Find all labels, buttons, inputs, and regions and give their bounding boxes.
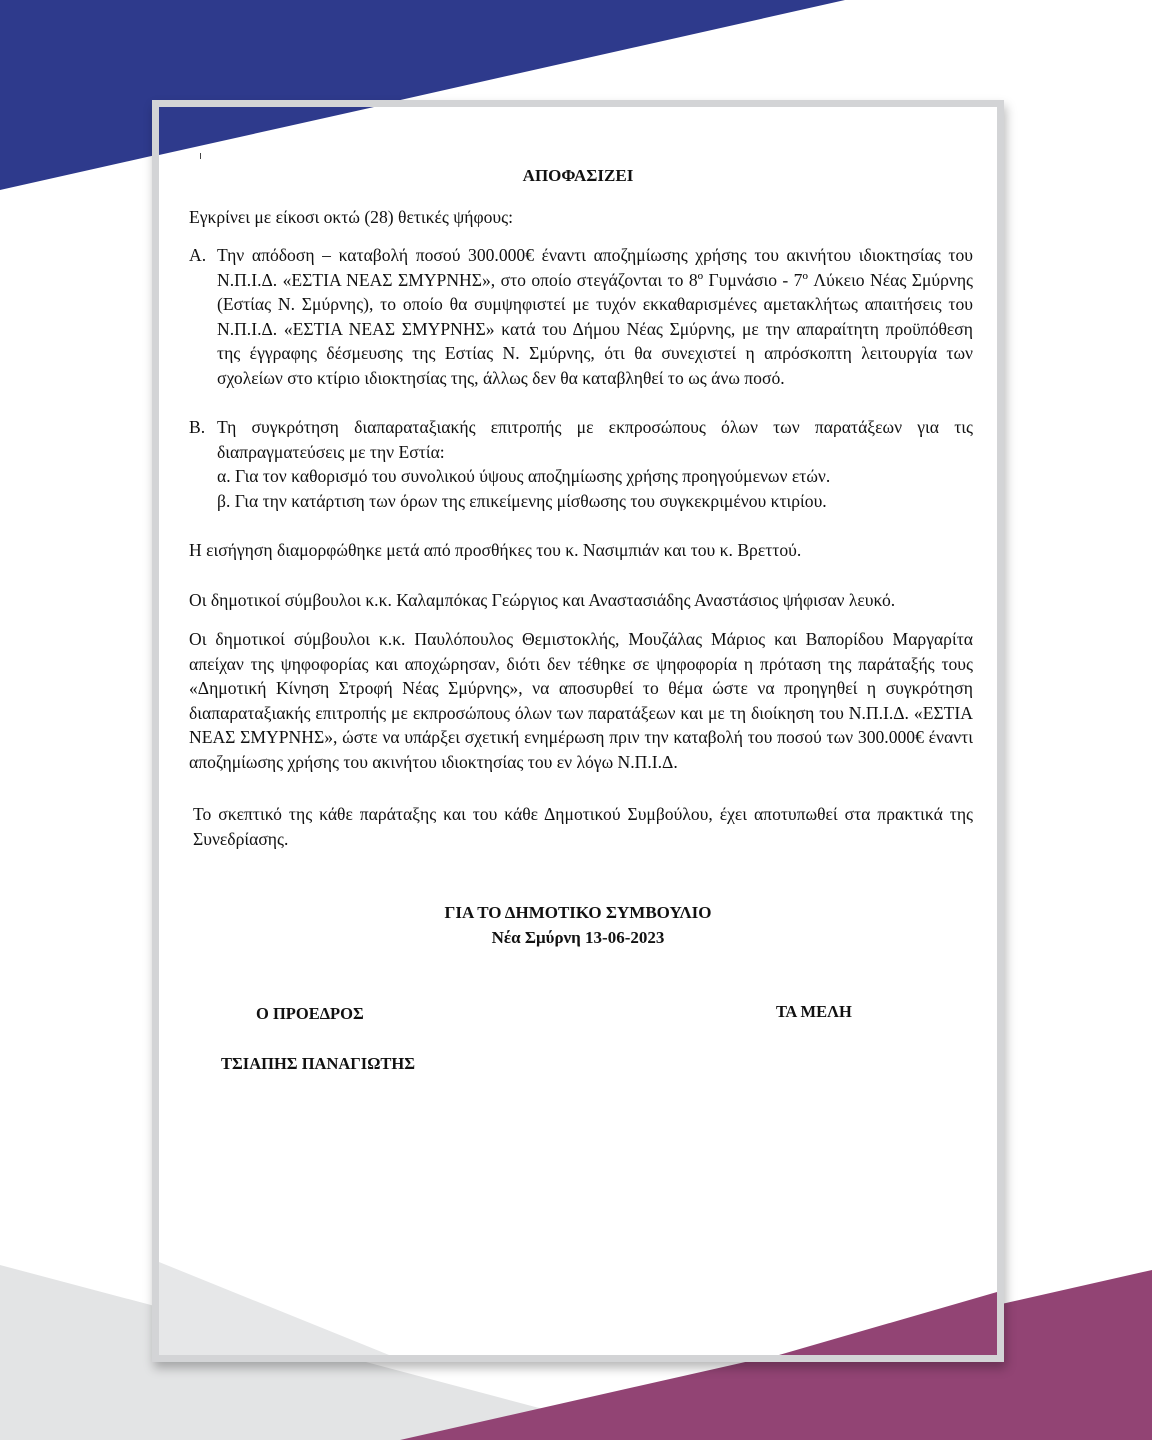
members-title: ΤΑ ΜΕΛΗ <box>776 1000 852 1025</box>
scan-mark <box>200 153 201 159</box>
paragraph-abstentions: Οι δημοτικοί σύμβουλοι κ.κ. Παυλόπουλος … <box>189 627 973 774</box>
item-text: Τη συγκρότηση διαπαραταξιακής επιτροπής … <box>217 415 973 464</box>
item-marker: A. <box>189 243 206 268</box>
paragraph-minutes: Το σκεπτικό της κάθε παράταξης και του κ… <box>193 802 973 851</box>
item-marker: B. <box>189 415 205 440</box>
president-name: ΤΣΙΑΠΗΣ ΠΑΝΑΓΙΩΤΗΣ <box>221 1052 415 1077</box>
document-page: ΑΠΟΦΑΣΙΖΕΙ Εγκρίνει με είκοσι οκτώ (28) … <box>159 107 997 1355</box>
decision-item-a: A. Την απόδοση – καταβολή ποσού 300.000€… <box>189 243 973 390</box>
item-text: Την απόδοση – καταβολή ποσού 300.000€ έν… <box>217 243 973 390</box>
place-date: Νέα Σμύρνη 13-06-2023 <box>183 925 973 950</box>
paragraph-blank-votes: Οι δημοτικοί σύμβουλοι κ.κ. Καλαμπόκας Γ… <box>189 588 973 613</box>
subitem-a: α. Για τον καθορισμό του συνολικού ύψους… <box>217 464 973 489</box>
decision-heading: ΑΠΟΦΑΣΙΖΕΙ <box>183 164 973 189</box>
subitem-b: β. Για την κατάρτιση των όρων της επικεί… <box>217 489 973 514</box>
approval-intro: Εγκρίνει με είκοσι οκτώ (28) θετικές ψήφ… <box>189 205 513 230</box>
council-heading: ΓΙΑ ΤΟ ΔΗΜΟΤΙΚΟ ΣΥΜΒΟΥΛΙΟ <box>183 900 973 925</box>
president-title: Ο ΠΡΟΕΔΡΟΣ <box>256 1002 364 1027</box>
paragraph-amendments: Η εισήγηση διαμορφώθηκε μετά από προσθήκ… <box>189 538 973 563</box>
decision-item-b: B. Τη συγκρότηση διαπαραταξιακής επιτροπ… <box>189 415 973 513</box>
